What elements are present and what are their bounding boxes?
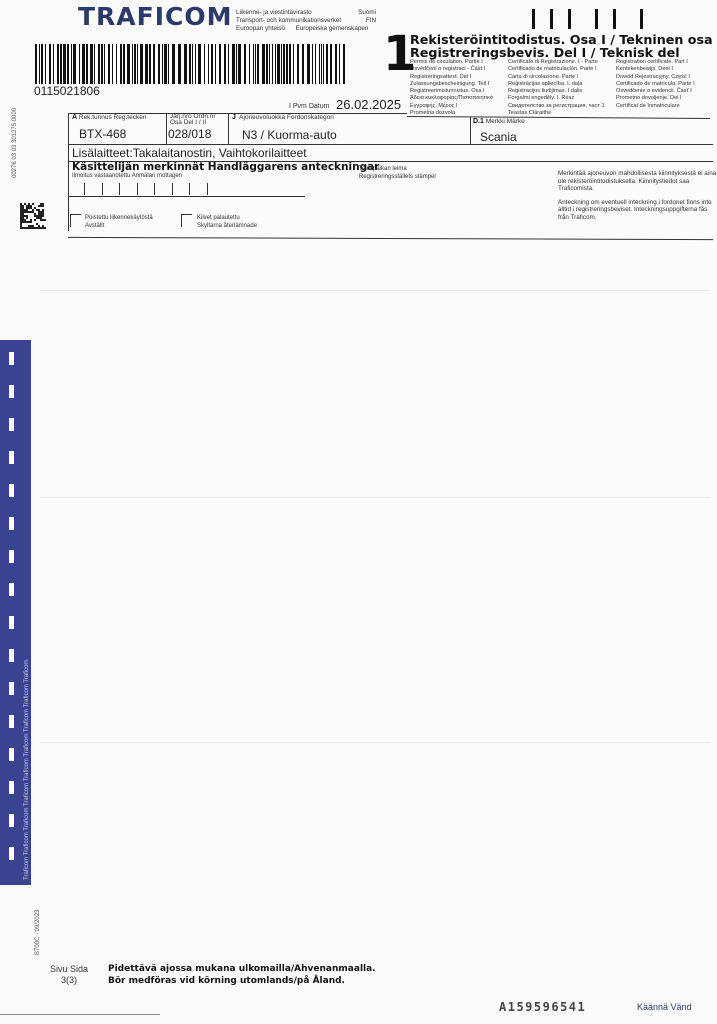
date-box-divider — [137, 183, 138, 195]
carry-notice-fi: Pidettävä ajossa mukana ulkomailla/Ahven… — [108, 964, 376, 976]
translation-line: Prometno dovoljenje. Del I — [616, 95, 695, 102]
page-label: Sivu Sida — [50, 964, 88, 975]
eu-sv: Europeiska gemenskapen — [296, 25, 369, 32]
translations-col1: Permis de circulation. Partie IOsvědčení… — [410, 59, 493, 117]
strip-dash — [9, 484, 14, 497]
translation-line: Carta di circolazione. Parte I — [508, 74, 605, 81]
translation-line: Dowód Rejestracyjny. Część I — [616, 74, 695, 81]
translation-line: Forgalmi engedély. I. Rész — [508, 95, 605, 102]
translation-line: Certificato di Registrazione. I - Parte — [508, 59, 605, 66]
page-indicator: Sivu Sida 3(3) — [50, 964, 88, 986]
date-box-divider — [207, 183, 208, 195]
translation-line: Osvedčenie o evidencii. Časť I — [616, 88, 695, 95]
translation-line: Osvědčení o registraci - Část I — [410, 66, 493, 73]
carry-notice-sv: Bör medföras vid körning utomlands/på Ål… — [108, 976, 376, 988]
strip-dash — [9, 715, 14, 728]
security-strip: Traficom Traficom Traficom Traficom Traf… — [0, 340, 31, 885]
strip-dash — [9, 682, 14, 695]
agency-fi: Liikenne- ja viestintävirasto — [236, 9, 312, 16]
date-value: 26.02.2025 — [336, 97, 401, 112]
carry-notice: Pidettävä ajossa mukana ulkomailla/Ahven… — [108, 964, 376, 987]
translation-line: Registreringsattest. Del I — [410, 74, 493, 81]
page-value: 3(3) — [50, 975, 88, 986]
notice-received-label: Ilmoitus vastaanotettu Anmälan mottagen — [72, 173, 182, 181]
datamatrix-code — [20, 203, 46, 229]
strip-dash — [9, 583, 14, 596]
translation-line: Registracijos liudijimas. I dalis — [508, 88, 605, 95]
document-title: Rekisteröintitodistus. Osa I / Tekninen … — [410, 33, 713, 59]
date-box-divider — [154, 183, 155, 195]
plates-returned-label: Kilvet palautettuSkyltarna återlämnade — [197, 215, 257, 230]
strip-dash — [9, 649, 14, 662]
country-fi: Suomi — [358, 9, 376, 17]
strip-dash — [9, 352, 14, 365]
vehicle-make: Scania — [480, 130, 517, 144]
eu-fi: Euroopan yhteisö — [236, 25, 285, 32]
mortgage-note-sv: Anteckning om eventuell inteckning i for… — [558, 199, 717, 222]
date-box-divider — [189, 183, 190, 195]
translation-line: Свидетелство за регистрация, част 1 — [508, 103, 605, 110]
turn-page-label: Käännä Vänd — [637, 1002, 692, 1012]
seq-number: 028/018 — [168, 127, 211, 141]
translation-line: Registration certificate. Part I — [616, 59, 695, 66]
strip-dash — [9, 418, 14, 431]
strip-dash — [9, 550, 14, 563]
title-sv: Registreringsbevis. Del I / Teknisk del — [410, 46, 713, 59]
strip-dash — [9, 616, 14, 629]
agency-names: Liikenne- ja viestintävirastoSuomi Trans… — [236, 9, 376, 33]
strip-dash — [9, 517, 14, 530]
translation-line: Άδεια κυκλοφορίας/Πιστοποιητικό — [410, 95, 493, 102]
translation-line: Certificado de matriculación. Parte I — [508, 66, 605, 73]
seq-label: Järj.nro Ordn.nr Osa Del I / II — [170, 114, 226, 126]
strip-dash — [9, 385, 14, 398]
make-label: D.1 Merkki Märke — [473, 118, 525, 125]
strip-dash — [9, 748, 14, 761]
office-stamp-label: Toimipaikan leimaRegistreringsställets s… — [359, 166, 436, 181]
document-number: 0115021806 — [34, 84, 100, 98]
agency-sv: Transport- och kommunikationsverket — [236, 17, 341, 24]
plates-returned-checkbox[interactable] — [181, 214, 192, 227]
mortgage-note-fi: Merkintää ajoneuvon mahdollisesta kiinni… — [558, 170, 717, 193]
country-code: FIN — [366, 17, 376, 25]
date-box-divider — [84, 183, 85, 195]
form-code: B700C - 09/2023 — [35, 910, 41, 955]
date-box-divider — [172, 183, 173, 195]
removed-checkbox[interactable] — [70, 214, 81, 227]
equipment: Lisälaitteet:Takalaitanostin, Vaihtokori… — [72, 146, 307, 160]
translations-col2: Certificato di Registrazione. I - ParteC… — [508, 59, 605, 117]
mortgage-note: Merkintää ajoneuvon mahdollisesta kiinni… — [558, 170, 717, 221]
date-label: I Pvm Datum — [289, 103, 329, 110]
handler-title: Käsittelijän merkinnät Handläggarens ant… — [72, 161, 379, 173]
reg-number: BTX-468 — [79, 127, 126, 141]
removed-label: Poistettu liikennekäytöstäAvställt — [85, 215, 153, 230]
translation-line: Certificat de înmatriculare — [616, 103, 695, 110]
form-serial: A159596541 — [499, 1000, 586, 1014]
side-serial-code: 00276 03 03 301275 0000 — [12, 108, 18, 178]
translation-line: Reģistrācijas apliecība. I. daļa — [508, 81, 605, 88]
strip-dash — [9, 847, 14, 860]
date-box-divider — [119, 183, 120, 195]
barcode — [35, 44, 347, 84]
strip-dash — [9, 781, 14, 794]
strip-dash — [9, 451, 14, 464]
translation-line: Zulassungsbescheinigung. Teil I — [410, 81, 493, 88]
strip-dash — [9, 814, 14, 827]
category-label: J Ajoneuvoluokka Fordonskategori — [232, 114, 334, 121]
traficom-logo: TRAFICOM — [78, 2, 233, 31]
strip-text: Traficom Traficom Traficom Traficom Traf… — [24, 660, 30, 880]
reg-label: A Rek.tunnus Reg.tecken — [72, 114, 146, 121]
translations-col3: Registration certificate. Part IKenteken… — [616, 59, 695, 110]
translation-line: Kentekenbewijs. Deel I — [616, 66, 695, 73]
date-box-divider — [102, 183, 103, 195]
translation-line: Εγγραφής. Μέρος I — [410, 103, 493, 110]
vehicle-category: N3 / Kuorma-auto — [242, 128, 337, 142]
